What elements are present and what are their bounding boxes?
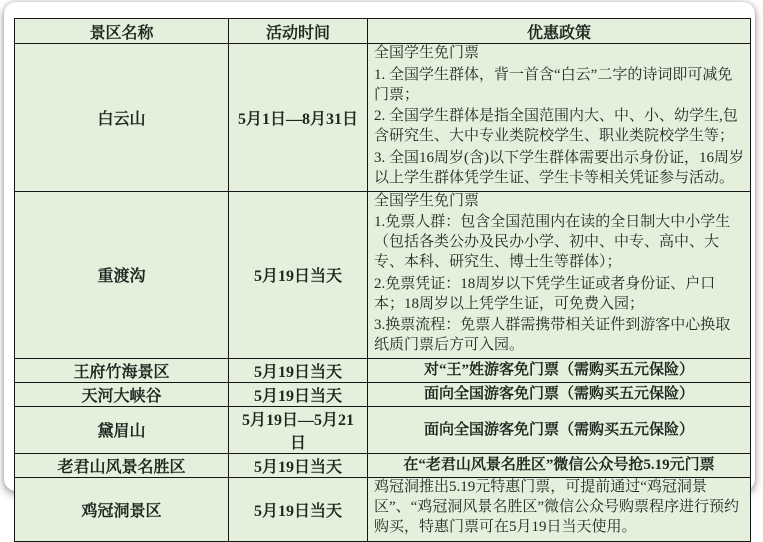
policy-cell: 面向全国游客免门票（需购买五元保险） [368, 406, 751, 453]
policy-paragraph: 1. 全国学生群体，背一首含“白云”二字的诗词即可减免门票； [374, 66, 744, 106]
header-row: 景区名称 活动时间 优惠政策 [15, 19, 751, 44]
policy-paragraph: 全国学生免门票 [374, 44, 744, 64]
scenic-area-name-cell: 白云山 [15, 44, 229, 192]
content-card: 景区名称 活动时间 优惠政策 白云山 5月1日—8月31日 全国学生免门票 1.… [4, 2, 755, 491]
policy-cell: 鸡冠洞推出5.19元特惠门票，可提前通过“鸡冠洞景区”、“鸡冠洞风景名胜区”微信… [368, 477, 751, 541]
table-row: 重渡沟 5月19日当天 全国学生免门票 1.免票人群：包含全国范围内在读的全日制… [15, 191, 751, 358]
policy-paragraph: 鸡冠洞推出5.19元特惠门票，可提前通过“鸡冠洞景区”、“鸡冠洞风景名胜区”微信… [374, 478, 744, 537]
policy-cell: 全国学生免门票 1.免票人群：包含全国范围内在读的全日制大中小学生（包括各类公办… [368, 191, 751, 358]
scenic-area-policy-table: 景区名称 活动时间 优惠政策 白云山 5月1日—8月31日 全国学生免门票 1.… [14, 18, 751, 542]
activity-time-cell: 5月19日当天 [229, 453, 368, 477]
scenic-area-name-cell: 鸡冠洞景区 [15, 477, 229, 541]
scenic-area-name-cell: 黛眉山 [15, 406, 229, 453]
policy-cell: 在“老君山风景名胜区”微信公众号抢5.19元门票 [368, 453, 751, 477]
activity-time-cell: 5月19日当天 [229, 191, 368, 358]
policy-paragraph: 面向全国游客免门票（需购买五元保险） [376, 421, 742, 439]
policy-paragraph: 面向全国游客免门票（需购买五元保险） [376, 385, 742, 403]
column-header-activity-time: 活动时间 [229, 19, 368, 44]
table-row: 老君山风景名胜区 5月19日当天 在“老君山风景名胜区”微信公众号抢5.19元门… [15, 453, 751, 477]
scenic-area-name-cell: 重渡沟 [15, 191, 229, 358]
policy-cell: 对“王”姓游客免门票（需购买五元保险） [368, 358, 751, 382]
activity-time-cell: 5月19日当天 [229, 477, 368, 541]
policy-cell: 全国学生免门票 1. 全国学生群体，背一首含“白云”二字的诗词即可减免门票； 2… [368, 44, 751, 192]
table-row: 黛眉山 5月19日—5月21日 面向全国游客免门票（需购买五元保险） [15, 406, 751, 453]
scenic-area-name-cell: 老君山风景名胜区 [15, 453, 229, 477]
activity-time-cell: 5月1日—8月31日 [229, 44, 368, 192]
scenic-area-name-cell: 王府竹海景区 [15, 358, 229, 382]
policy-paragraph: 对“王”姓游客免门票（需购买五元保险） [376, 361, 742, 379]
policy-paragraph: 2.免票凭证：18周岁以下凭学生证或者身份证、户口本；18周岁以上凭学生证，可免… [374, 275, 744, 315]
policy-paragraph: 2. 全国学生群体是指全国范围内大、中、小、幼学生,包含研究生、大中专业类院校学… [374, 107, 744, 147]
policy-paragraph: 全国学生免门票 [374, 192, 744, 212]
activity-time-cell: 5月19日—5月21日 [229, 406, 368, 453]
policy-paragraph: 在“老君山风景名胜区”微信公众号抢5.19元门票 [376, 456, 742, 474]
activity-time-cell: 5月19日当天 [229, 358, 368, 382]
policy-cell: 面向全国游客免门票（需购买五元保险） [368, 382, 751, 406]
column-header-scenic-area: 景区名称 [15, 19, 229, 44]
table-row: 鸡冠洞景区 5月19日当天 鸡冠洞推出5.19元特惠门票，可提前通过“鸡冠洞景区… [15, 477, 751, 541]
policy-paragraph: 3. 全国16周岁(含)以下学生群体需要出示身份证，16周岁以上学生群体凭学生证… [374, 149, 744, 189]
column-header-discount-policy: 优惠政策 [368, 19, 751, 44]
table-row: 天河大峡谷 5月19日当天 面向全国游客免门票（需购买五元保险） [15, 382, 751, 406]
policy-paragraph: 1.免票人群：包含全国范围内在读的全日制大中小学生（包括各类公办及民办小学、初中… [374, 213, 744, 272]
policy-paragraph: 3.换票流程：免票人群需携带相关证件到游客中心换取纸质门票后方可入园。 [374, 316, 744, 356]
table-row: 白云山 5月1日—8月31日 全国学生免门票 1. 全国学生群体，背一首含“白云… [15, 44, 751, 192]
table-row: 王府竹海景区 5月19日当天 对“王”姓游客免门票（需购买五元保险） [15, 358, 751, 382]
scenic-area-name-cell: 天河大峡谷 [15, 382, 229, 406]
activity-time-cell: 5月19日当天 [229, 382, 368, 406]
